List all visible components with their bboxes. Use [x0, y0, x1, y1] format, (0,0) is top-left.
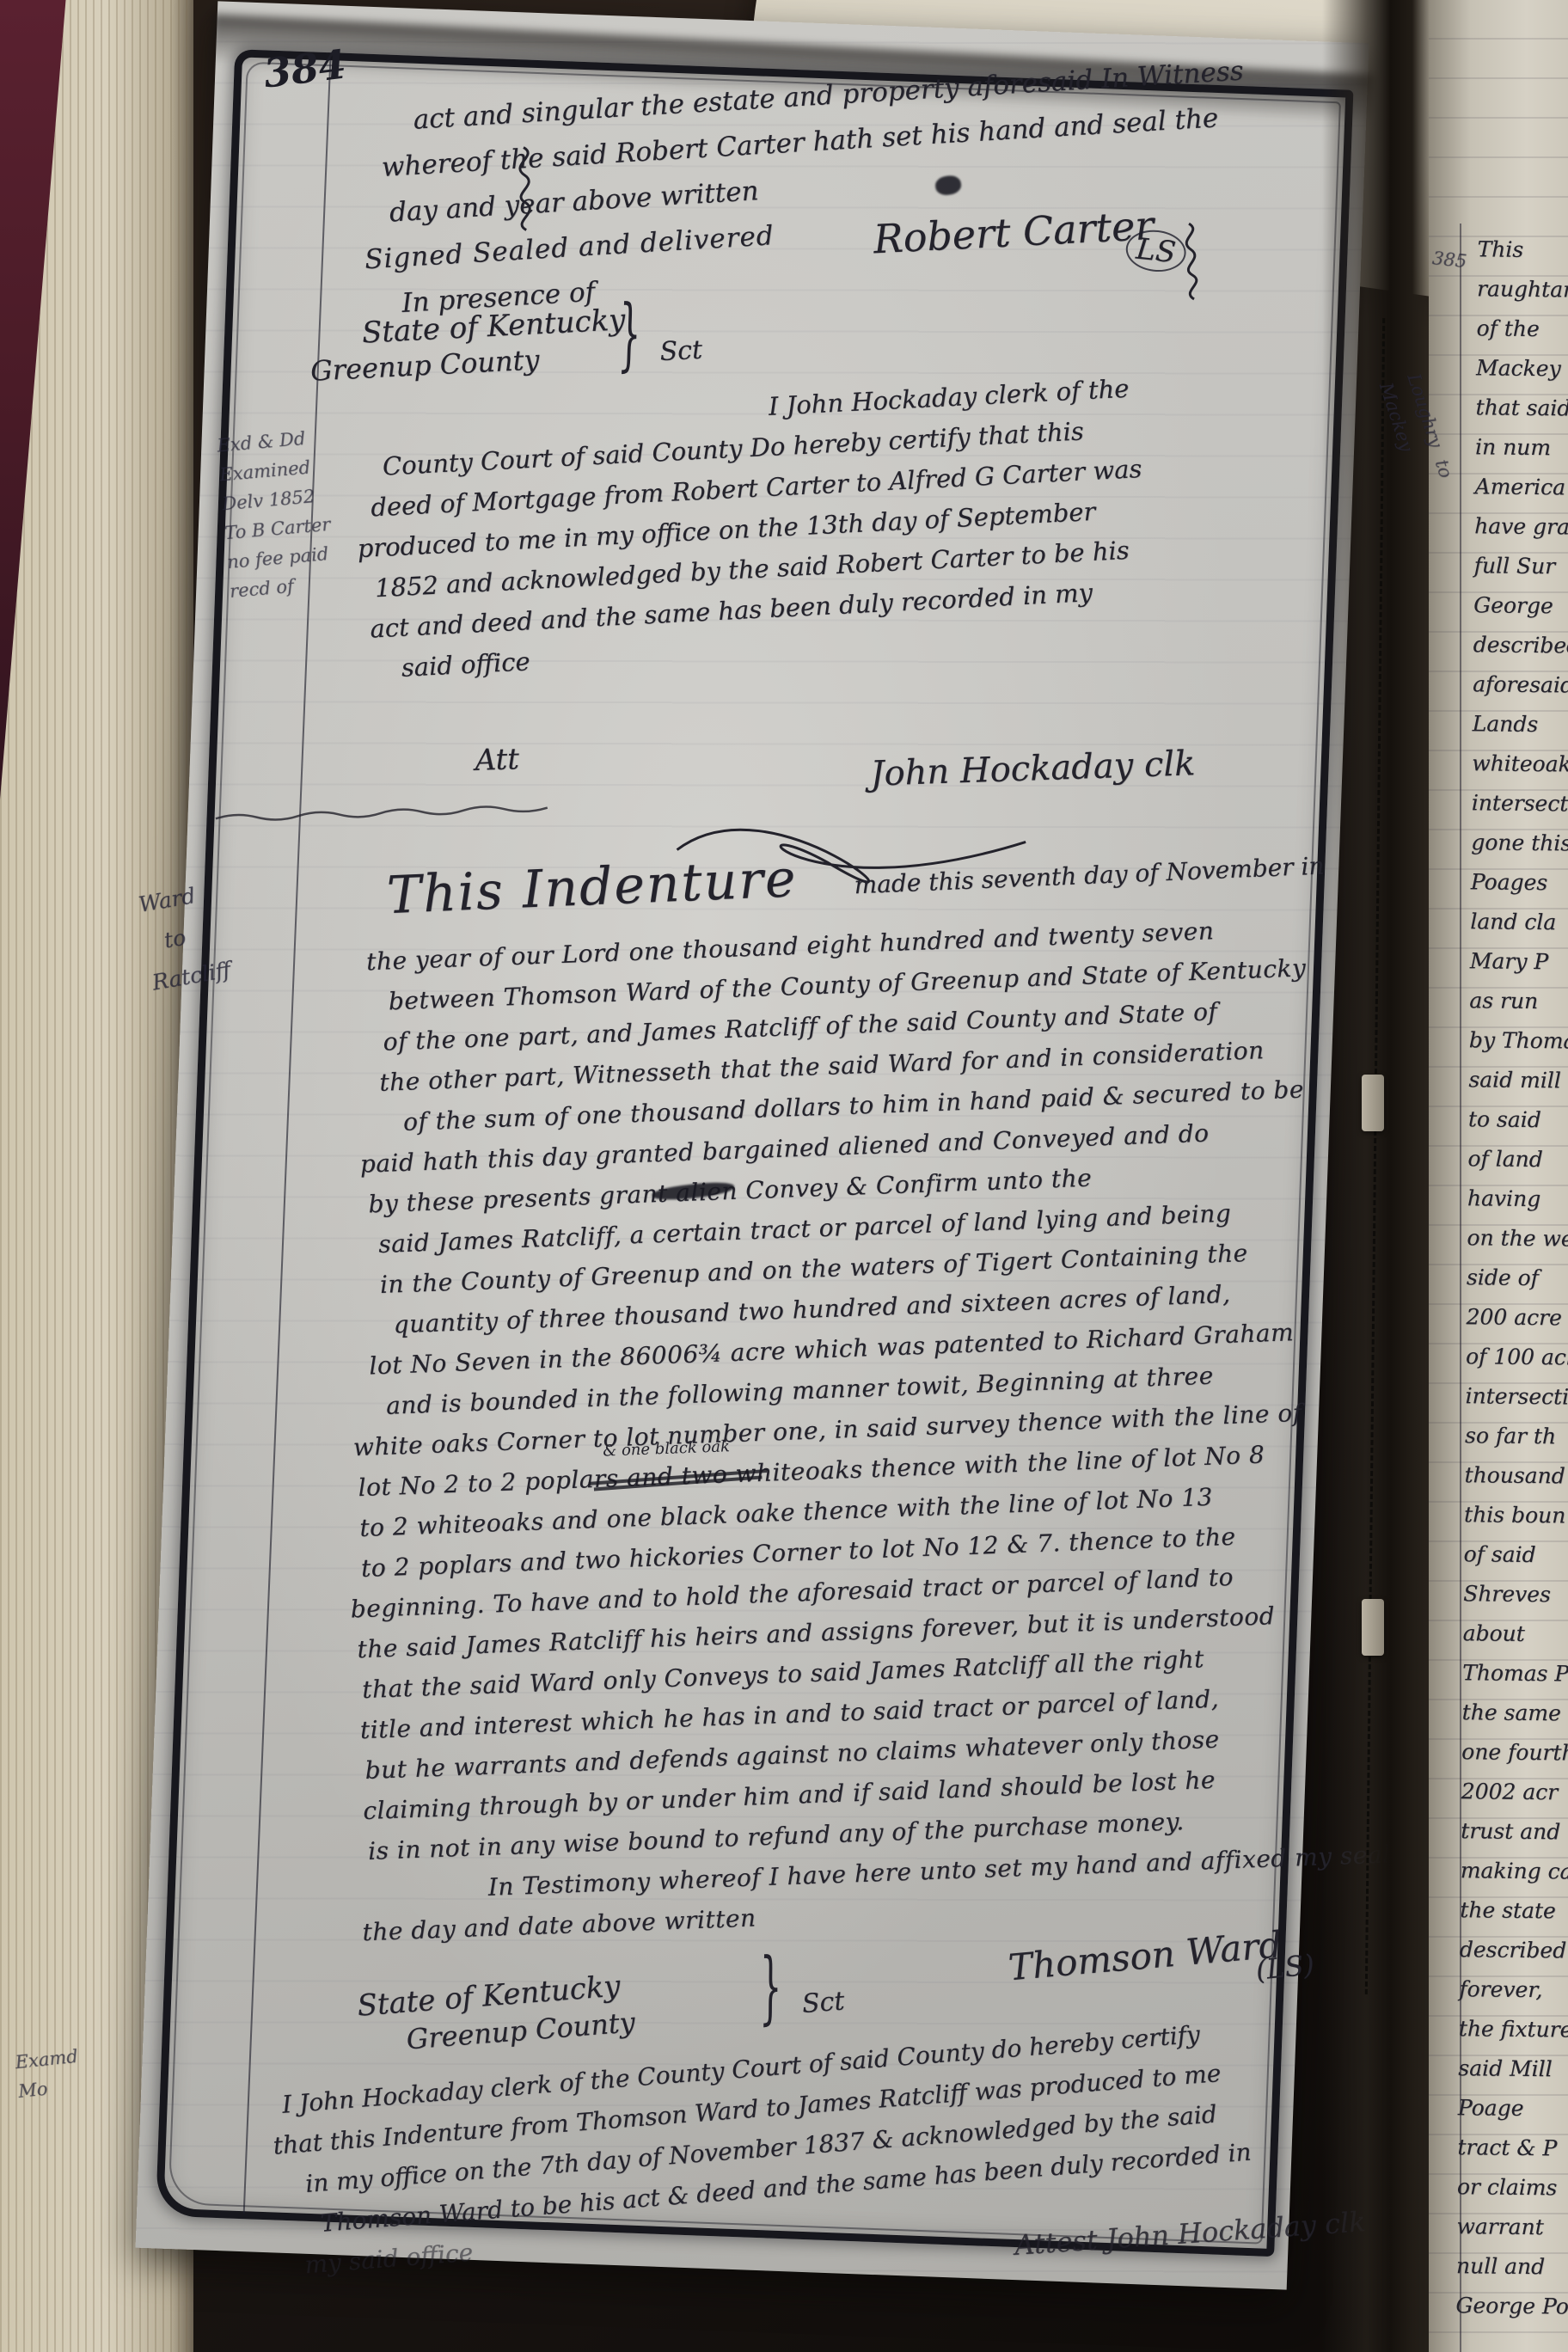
sct-abbreviation: Sct [801, 1986, 846, 2019]
handwritten-fragment: described [1473, 625, 1568, 666]
handwritten-fragment: George [1473, 585, 1568, 627]
handwritten-fragment: intersection [1465, 1376, 1568, 1418]
partial-text-column: Thisraughtanof theMackeythat saidin numA… [1455, 230, 1568, 2326]
handwritten-fragment: whiteoaks [1472, 744, 1568, 785]
handwritten-fragment: the same [1461, 1693, 1568, 1734]
right-page-sliver: 385 LoughrytoMackey Thisraughtanof theMa… [1429, 0, 1568, 2352]
handwritten-fragment: one fourth [1461, 1732, 1568, 1773]
handwritten-fragment: side of [1467, 1258, 1568, 1299]
handwritten-fragment: Poages [1471, 862, 1568, 903]
margin-notes-bottom: ExamdMo [14, 2042, 83, 2106]
margin-note: to [1427, 456, 1461, 482]
handwritten-fragment: Poage [1458, 2088, 1568, 2129]
attest-abbreviation: Att [475, 742, 520, 778]
handwritten-fragment: Mary P [1470, 941, 1568, 983]
page-number: 385 [1430, 243, 1467, 276]
handwritten-fragment: by Thoma [1469, 1020, 1568, 1062]
handwritten-fragment: George Poag [1455, 2286, 1568, 2327]
handwritten-fragment: the fixtures [1459, 2009, 1568, 2050]
handwritten-fragment: described [1460, 1930, 1568, 1971]
handwritten-fragment: raughtan [1477, 269, 1568, 310]
handwritten-fragment: aforesaid [1473, 665, 1568, 706]
handwritten-fragment: the state [1460, 1890, 1568, 1932]
handwritten-fragment: said Mill [1458, 2049, 1568, 2090]
handwritten-fragment: this boun [1464, 1495, 1568, 1536]
binding-clasp [1362, 1075, 1384, 1131]
handwritten-fragment: making ca [1461, 1851, 1568, 1892]
handwritten-fragment: as run [1469, 981, 1568, 1022]
handwritten-fragment: tract & P [1457, 2128, 1568, 2169]
sct-abbreviation: Sct [659, 335, 703, 367]
photo-of-deed-book: 384 act and singular the estate and prop… [0, 0, 1568, 2352]
seal-mark: (LS) [1254, 1948, 1316, 1987]
handwritten-fragment: have gra [1474, 506, 1568, 548]
handwritten-fragment: to said [1468, 1099, 1568, 1141]
handwritten-fragment: Mackey [1476, 348, 1568, 389]
handwritten-fragment: 2002 acr [1461, 1772, 1568, 1813]
handwritten-fragment: Thomas P [1462, 1653, 1568, 1694]
handwritten-fragment: gone this [1471, 823, 1568, 864]
handwritten-fragment: land cla [1470, 902, 1568, 943]
handwritten-fragment: in num [1475, 427, 1568, 469]
handwritten-fragment: Lands [1473, 704, 1568, 745]
page-number: 384 [261, 41, 349, 97]
margin-notes-recording: Exd & DdExaminedDelv 1852To B Carterno f… [216, 422, 336, 606]
left-page: 384 act and singular the estate and prop… [136, 1, 1369, 2289]
handwritten-fragment: warrant [1456, 2207, 1568, 2248]
handwritten-fragment: This [1477, 230, 1568, 271]
handwritten-fragment: of land [1467, 1139, 1568, 1180]
handwritten-fragment: about [1462, 1614, 1568, 1655]
handwritten-fragment: said mill [1468, 1060, 1568, 1101]
binding-stitches [1365, 318, 1385, 1994]
handwritten-fragment: trust and [1461, 1811, 1568, 1853]
handwritten-fragment: so far th [1465, 1416, 1568, 1457]
book-binding-gutter [1322, 0, 1432, 2352]
handwritten-fragment: on the we [1467, 1218, 1568, 1259]
clerk-certificate-top: State of Kentucky Greenup County } Sct I… [361, 277, 1151, 689]
handwritten-fragment: 200 acre [1466, 1297, 1568, 1338]
handwritten-fragment: Shreves [1463, 1574, 1568, 1615]
handwritten-fragment: of said [1463, 1534, 1568, 1576]
handwritten-fragment: null and [1456, 2246, 1568, 2288]
handwritten-fragment: having [1467, 1179, 1568, 1220]
handwritten-fragment: of 100 ach [1466, 1337, 1568, 1378]
handwritten-fragment: of the [1476, 309, 1568, 350]
handwritten-fragment: America [1474, 467, 1568, 508]
binding-clasp [1362, 1599, 1384, 1656]
certificate-lines: I John Hockaday clerk of theCounty Court… [365, 368, 1151, 689]
handwritten-fragment: intersection [1472, 783, 1568, 824]
handwritten-fragment: full Sur [1473, 546, 1568, 587]
handwritten-fragment: that said [1475, 388, 1568, 429]
indenture-body: the year of our Lord one thousand eight … [353, 905, 1393, 1951]
handwritten-fragment: thousand [1464, 1455, 1568, 1497]
brace-glyph: } [616, 288, 643, 382]
handwritten-fragment: forever, [1459, 1969, 1568, 2011]
handwritten-fragment: or claims [1457, 2167, 1568, 2208]
bracket-squiggle [509, 145, 541, 232]
